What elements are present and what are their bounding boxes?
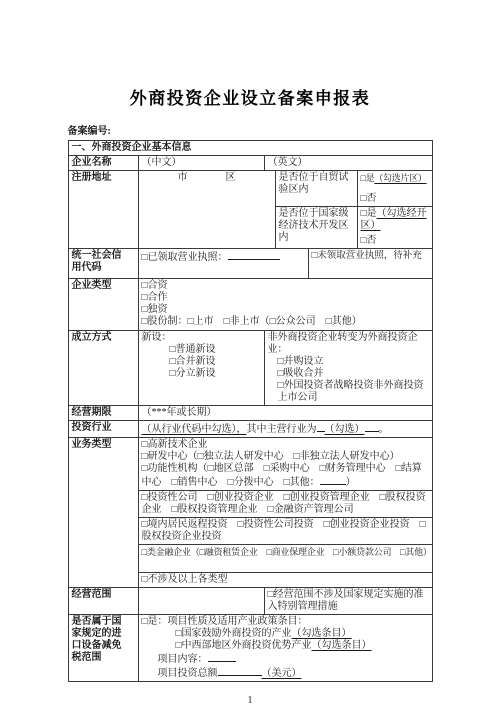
filing-number-label: 备案编号: xyxy=(68,122,433,137)
option-acquisition: □并购设立 xyxy=(268,356,429,368)
etdz-no-option: □否 xyxy=(361,235,429,247)
industry-pick: （从行业代码中勾选）， xyxy=(142,424,247,435)
enterprise-type-options: □合资 □合作 □独资 □股份制：□上市 □非上市（□公众公司 □其他） xyxy=(139,279,433,331)
industry-value: （从行业代码中勾选），其中主营行业为（勾选）。 xyxy=(139,421,433,438)
scope-value xyxy=(139,588,265,615)
midwest-note: （勾选条目） xyxy=(312,640,372,651)
establishment-label: 成立方式 xyxy=(69,331,139,406)
ftz-question: 是否位于自贸试验区内 xyxy=(276,171,358,207)
ftz-yes-note: （勾选片区） xyxy=(374,173,426,183)
business-type-label: 业务类型 xyxy=(69,438,139,588)
page-number: 1 xyxy=(0,695,500,706)
blank-line xyxy=(317,422,325,432)
option-joint-venture: □合资 xyxy=(142,280,429,292)
option-high-tech: □高新技术企业 xyxy=(142,439,429,451)
option-ordinary-new: □普通新设 xyxy=(142,344,261,356)
term-value: （***年或长期） xyxy=(139,406,433,421)
ftz-subrow: 是否位于自贸试验区内 □是（勾选片区） □否 xyxy=(276,171,433,207)
etdz-answers: □是（勾选经开区） □否 xyxy=(358,207,433,249)
scope-note: □经营范围不涉及国家规定实施的准入特别管理措施 xyxy=(265,588,433,615)
enterprise-type-label: 企业类型 xyxy=(69,279,139,331)
credit-code-label: 统一社会信用代码 xyxy=(69,249,139,279)
blank-line xyxy=(208,652,236,662)
import-tax-content: □是：项目性质及适用产业政策条目： □国家鼓励外商投资的产业（勾选条目） □中西… xyxy=(139,615,433,682)
project-total-line: 项目投资总额（美元） xyxy=(142,666,429,680)
business-type-row: 业务类型 □高新技术企业 □研发中心（□独立法人研发中心 □非独立法人研发中心）… xyxy=(69,438,433,588)
business-group-1: □高新技术企业 □研发中心（□独立法人研发中心 □非独立法人研发中心） □功能性… xyxy=(139,438,433,491)
credit-code-row: 统一社会信用代码 □已领取营业执照： □未领取营业执照，待补充 xyxy=(69,249,433,279)
ftz-no-option: □否 xyxy=(361,193,429,205)
industry-pick2: （勾选） xyxy=(325,424,365,435)
business-group-3: □境内居民返程投资 □投资性公司投资 □创业投资企业投资 □股权投资企业投资 xyxy=(139,518,433,545)
option-encouraged-industry: □国家鼓励外商投资的产业（勾选条目） xyxy=(142,628,429,640)
city-label: 市 xyxy=(178,172,188,184)
blank-line xyxy=(218,666,262,676)
option-merger-new: □合并新设 xyxy=(142,356,261,368)
business-group-2: □投资性公司 □创业投资企业 □创业投资管理企业 □股权投资企业 □股权投资管理… xyxy=(139,491,433,518)
term-label: 经营期限 xyxy=(69,406,139,421)
etdz-question: 是否位于国家级经济技术开发区内 xyxy=(276,207,358,249)
company-name-row: 企业名称 （中文） （英文） xyxy=(69,156,433,171)
project-content-line: 项目内容： xyxy=(142,652,429,666)
section-header-row: 一、外商投资企业基本信息 xyxy=(69,141,433,156)
blank-line xyxy=(228,250,280,260)
option-division-new: □分立新设 xyxy=(142,368,261,380)
form-table: 一、外商投资企业基本信息 企业名称 （中文） （英文） 注册地址 市 区 是否位… xyxy=(68,140,433,682)
credit-code-unlicensed: □未领取营业执照，待补充 xyxy=(309,249,433,279)
credit-code-licensed: □已领取营业执照： xyxy=(139,249,309,279)
convert-title: 非外商投资企业转变为外商投资企业： xyxy=(268,332,429,356)
option-wholly-owned: □独资 xyxy=(142,304,429,316)
total-unit: （美元） xyxy=(262,668,302,679)
import-tax-row: 是否属于国家规定的进口设备减免税范围 □是：项目性质及适用产业政策条目： □国家… xyxy=(69,615,433,682)
section-header: 一、外商投资企业基本信息 xyxy=(69,141,433,156)
option-joint-stock: □股份制：□上市 □非上市（□公众公司 □其他） xyxy=(142,316,429,328)
page-title: 外商投资企业设立备案申报表 xyxy=(0,84,500,109)
ftz-answers: □是（勾选片区） □否 xyxy=(358,171,433,207)
term-row: 经营期限 （***年或长期） xyxy=(69,406,433,421)
document-page: 外商投资企业设立备案申报表 备案编号: 一、外商投资企业基本信息 企业名称 （中… xyxy=(0,0,500,708)
company-name-chinese: （中文） xyxy=(139,156,265,171)
district-label: 区 xyxy=(226,172,236,184)
establishment-new: 新设： □普通新设 □合并新设 □分立新设 xyxy=(139,331,265,406)
scope-label: 经营范围 xyxy=(69,588,139,615)
import-tax-label: 是否属于国家规定的进口设备减免税范围 xyxy=(69,615,139,682)
option-cooperative: □合作 xyxy=(142,292,429,304)
import-tax-yes-line: □是：项目性质及适用产业政策条目： xyxy=(142,616,429,628)
business-group-4: □类金融企业（□融资租赁企业 □商业保理企业 □小额贷款公司 □其他） xyxy=(139,545,433,573)
new-title: 新设： xyxy=(142,332,261,344)
business-type-groups: □高新技术企业 □研发中心（□独立法人研发中心 □非独立法人研发中心） □功能性… xyxy=(139,438,433,588)
blank-line xyxy=(320,475,346,485)
option-rd-center: □研发中心（□独立法人研发中心 □非独立法人研发中心） xyxy=(142,451,429,463)
establishment-convert: 非外商投资企业转变为外商投资企业： □并购设立 □吸收合并 □外国投资者战略投资… xyxy=(265,331,433,406)
etdz-yes-option: □是（勾选经开区） xyxy=(361,208,429,232)
industry-label: 投资行业 xyxy=(69,421,139,438)
company-name-english: （英文） xyxy=(265,156,433,171)
company-name-label: 企业名称 xyxy=(69,156,139,171)
address-label: 注册地址 xyxy=(69,171,139,249)
scope-row: 经营范围 □经营范围不涉及国家规定实施的准入特别管理措施 xyxy=(69,588,433,615)
establishment-row: 成立方式 新设： □普通新设 □合并新设 □分立新设 非外商投资企业转变为外商投… xyxy=(69,331,433,406)
option-functional-org: □功能性机构（□地区总部 □采购中心 □财务管理中心 □结算中心 □销售中心 □… xyxy=(142,463,429,489)
option-midwest-industry: □中西部地区外商投资优势产业（勾选条目） xyxy=(142,640,429,652)
enterprise-type-row: 企业类型 □合资 □合作 □独资 □股份制：□上市 □非上市（□公众公司 □其他… xyxy=(69,279,433,331)
address-zone-questions: 是否位于自贸试验区内 □是（勾选片区） □否 是否位于国家级经济技术开发区内 □… xyxy=(276,171,433,249)
ftz-yes-option: □是（勾选片区） xyxy=(361,172,429,184)
option-absorption-merger: □吸收合并 xyxy=(268,368,429,380)
encouraged-note: （勾选条目） xyxy=(292,628,352,639)
blank-line xyxy=(365,422,379,432)
address-row: 注册地址 市 区 是否位于自贸试验区内 □是（勾选片区） □否 是否位于国家级经… xyxy=(69,171,433,249)
etdz-subrow: 是否位于国家级经济技术开发区内 □是（勾选经开区） □否 xyxy=(276,207,433,249)
option-strategic-investment: □外国投资者战略投资非外商投资上市公司 xyxy=(268,380,429,404)
address-city-district: 市 区 xyxy=(139,171,276,249)
business-group-5: □不涉及以上各类型 xyxy=(139,573,433,588)
industry-row: 投资行业 （从行业代码中勾选），其中主营行业为（勾选）。 xyxy=(69,421,433,438)
